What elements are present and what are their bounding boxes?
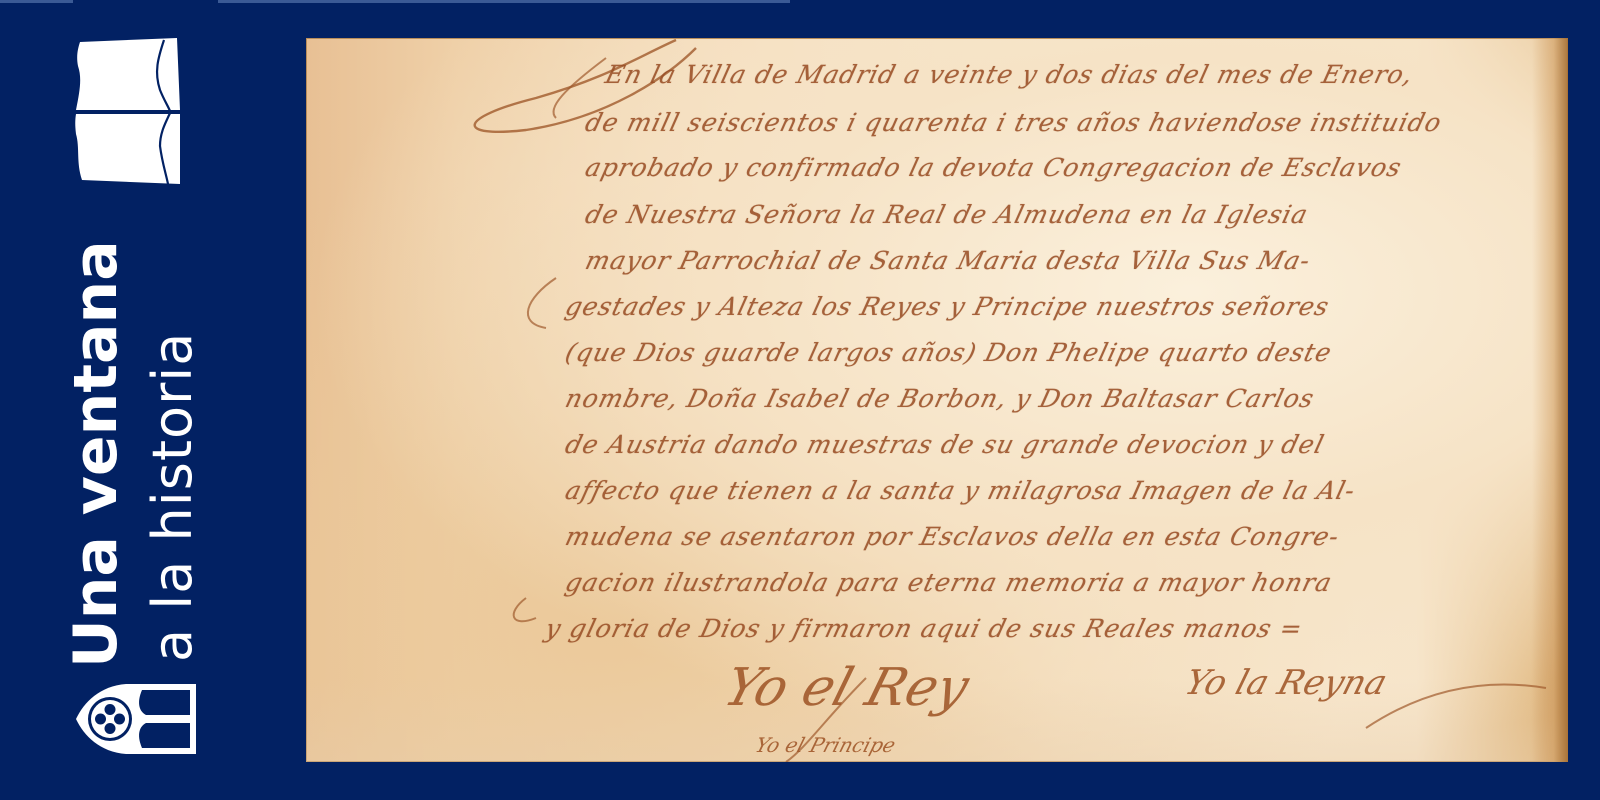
manuscript-line: mudena se asentaron por Esclavos della e… [562,522,1342,551]
gothic-window-emblem-icon [74,682,198,756]
banner: Una ventana a la historia [0,0,1600,800]
manuscript-line: gestades y Alteza los Reyes y Principe n… [562,292,1332,321]
manuscript-line: de Nuestra Señora la Real de Almudena en… [582,200,1311,229]
manuscript-line: (que Dios guarde largos años) Don Phelip… [562,338,1335,367]
brand-title-line-2: a la historia [146,332,200,662]
signature-queen: Yo la Reyna [1180,663,1391,703]
brand-title-line-1: Una ventana [66,240,126,668]
brand-sidebar: Una ventana a la historia [0,0,300,800]
open-book-icon [72,38,188,186]
manuscript-line: y gloria de Dios y firmaron aqui de sus … [542,614,1306,643]
manuscript-line: gacion ilustrandola para eterna memoria … [562,568,1335,597]
top-accent-line-right [218,0,790,3]
signature-king: Yo el Rey [717,658,975,718]
manuscript-line: affecto que tienen a la santa y milagros… [562,476,1358,505]
manuscript-image: En la Villa de Madrid a veinte y dos dia… [306,38,1568,762]
signature-prince: Yo el Principe [753,733,899,757]
manuscript-line: nombre, Doña Isabel de Borbon, y Don Bal… [562,384,1317,413]
manuscript-line: de mill seiscientos i quarenta i tres añ… [582,108,1445,137]
manuscript-line: En la Villa de Madrid a veinte y dos dia… [602,60,1416,89]
manuscript-line: mayor Parrochial de Santa Maria desta Vi… [582,246,1313,275]
manuscript-line: aprobado y confirmado la devota Congrega… [582,153,1405,182]
manuscript-text: En la Villa de Madrid a veinte y dos dia… [306,38,1568,762]
manuscript-line: de Austria dando muestras de su grande d… [562,430,1327,459]
